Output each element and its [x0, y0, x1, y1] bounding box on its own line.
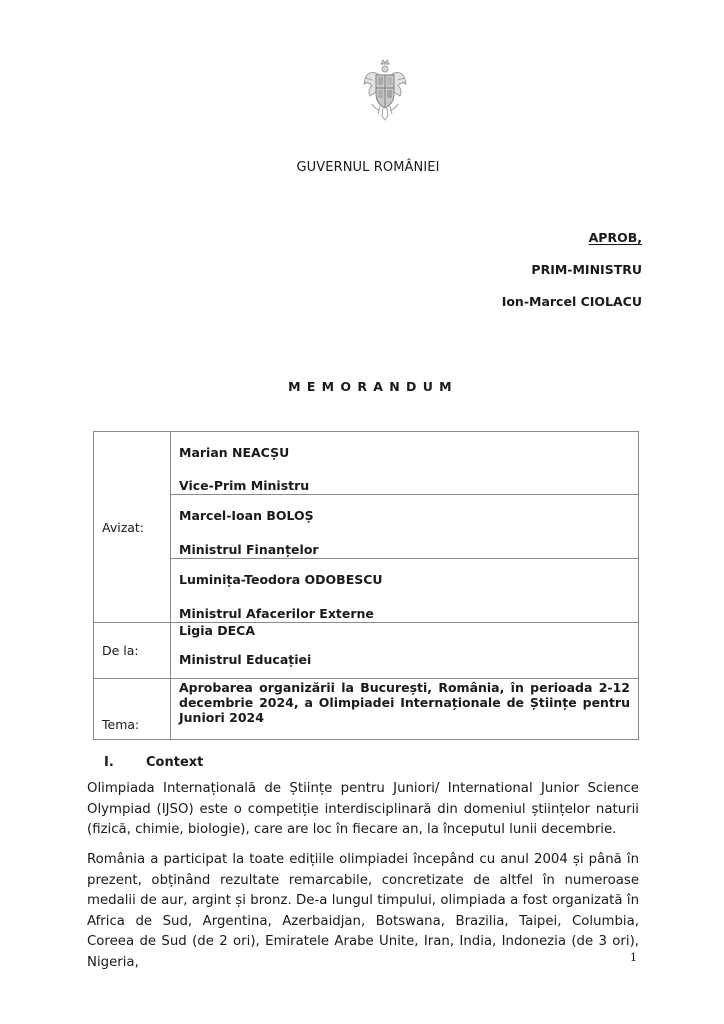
- avizat-entry: Marcel-Ioan BOLOȘ Ministrul Finanțelor: [171, 495, 639, 559]
- approver-role: PRIM-MINISTRU: [502, 254, 642, 286]
- avizat-role: Vice-Prim Ministru: [179, 478, 630, 494]
- approval-block: APROB, PRIM-MINISTRU Ion-Marcel CIOLACU: [502, 222, 642, 318]
- tema-text: Aprobarea organizării la București, Româ…: [179, 679, 630, 725]
- dela-label: De la:: [94, 623, 171, 679]
- document-page: GUVERNUL ROMÂNIEI APROB, PRIM-MINISTRU I…: [0, 0, 724, 1024]
- avizat-name: Marian NEACȘU: [179, 432, 630, 460]
- page-number: 1: [630, 951, 637, 964]
- approver-name: Ion-Marcel CIOLACU: [502, 286, 642, 318]
- document-title: MEMORANDUM: [0, 379, 724, 394]
- tema-entry: Aprobarea organizării la București, Româ…: [171, 679, 639, 740]
- dela-role: Ministrul Educației: [179, 639, 630, 667]
- dela-entry: Ligia DECA Ministrul Educației: [171, 623, 639, 679]
- avizat-role: Ministrul Finanțelor: [179, 542, 630, 558]
- avizat-name: Marcel-Ioan BOLOȘ: [179, 495, 630, 523]
- avizat-name: Luminița-Teodora ODOBESCU: [179, 559, 630, 587]
- approval-label: APROB,: [502, 222, 642, 254]
- romanian-coat-of-arms-icon: [362, 58, 408, 124]
- dela-name: Ligia DECA: [179, 623, 630, 639]
- avizat-entry: Marian NEACȘU Vice-Prim Ministru: [171, 432, 639, 495]
- avizat-entry: Luminița-Teodora ODOBESCU Ministrul Afac…: [171, 559, 639, 623]
- memo-info-table: Avizat: Marian NEACȘU Vice-Prim Ministru…: [93, 431, 639, 740]
- avizat-role: Ministrul Afacerilor Externe: [179, 606, 630, 622]
- section-title: Context: [146, 755, 203, 770]
- body-paragraph: Olimpiada Internațională de Științe pent…: [87, 779, 639, 841]
- section-number: I.: [104, 755, 146, 770]
- avizat-label: Avizat:: [94, 432, 171, 623]
- government-title: GUVERNUL ROMÂNIEI: [0, 160, 724, 175]
- tema-label: Tema:: [94, 679, 171, 740]
- section-heading: I.Context: [104, 755, 203, 770]
- body-paragraph: România a participat la toate edițiile o…: [87, 850, 639, 973]
